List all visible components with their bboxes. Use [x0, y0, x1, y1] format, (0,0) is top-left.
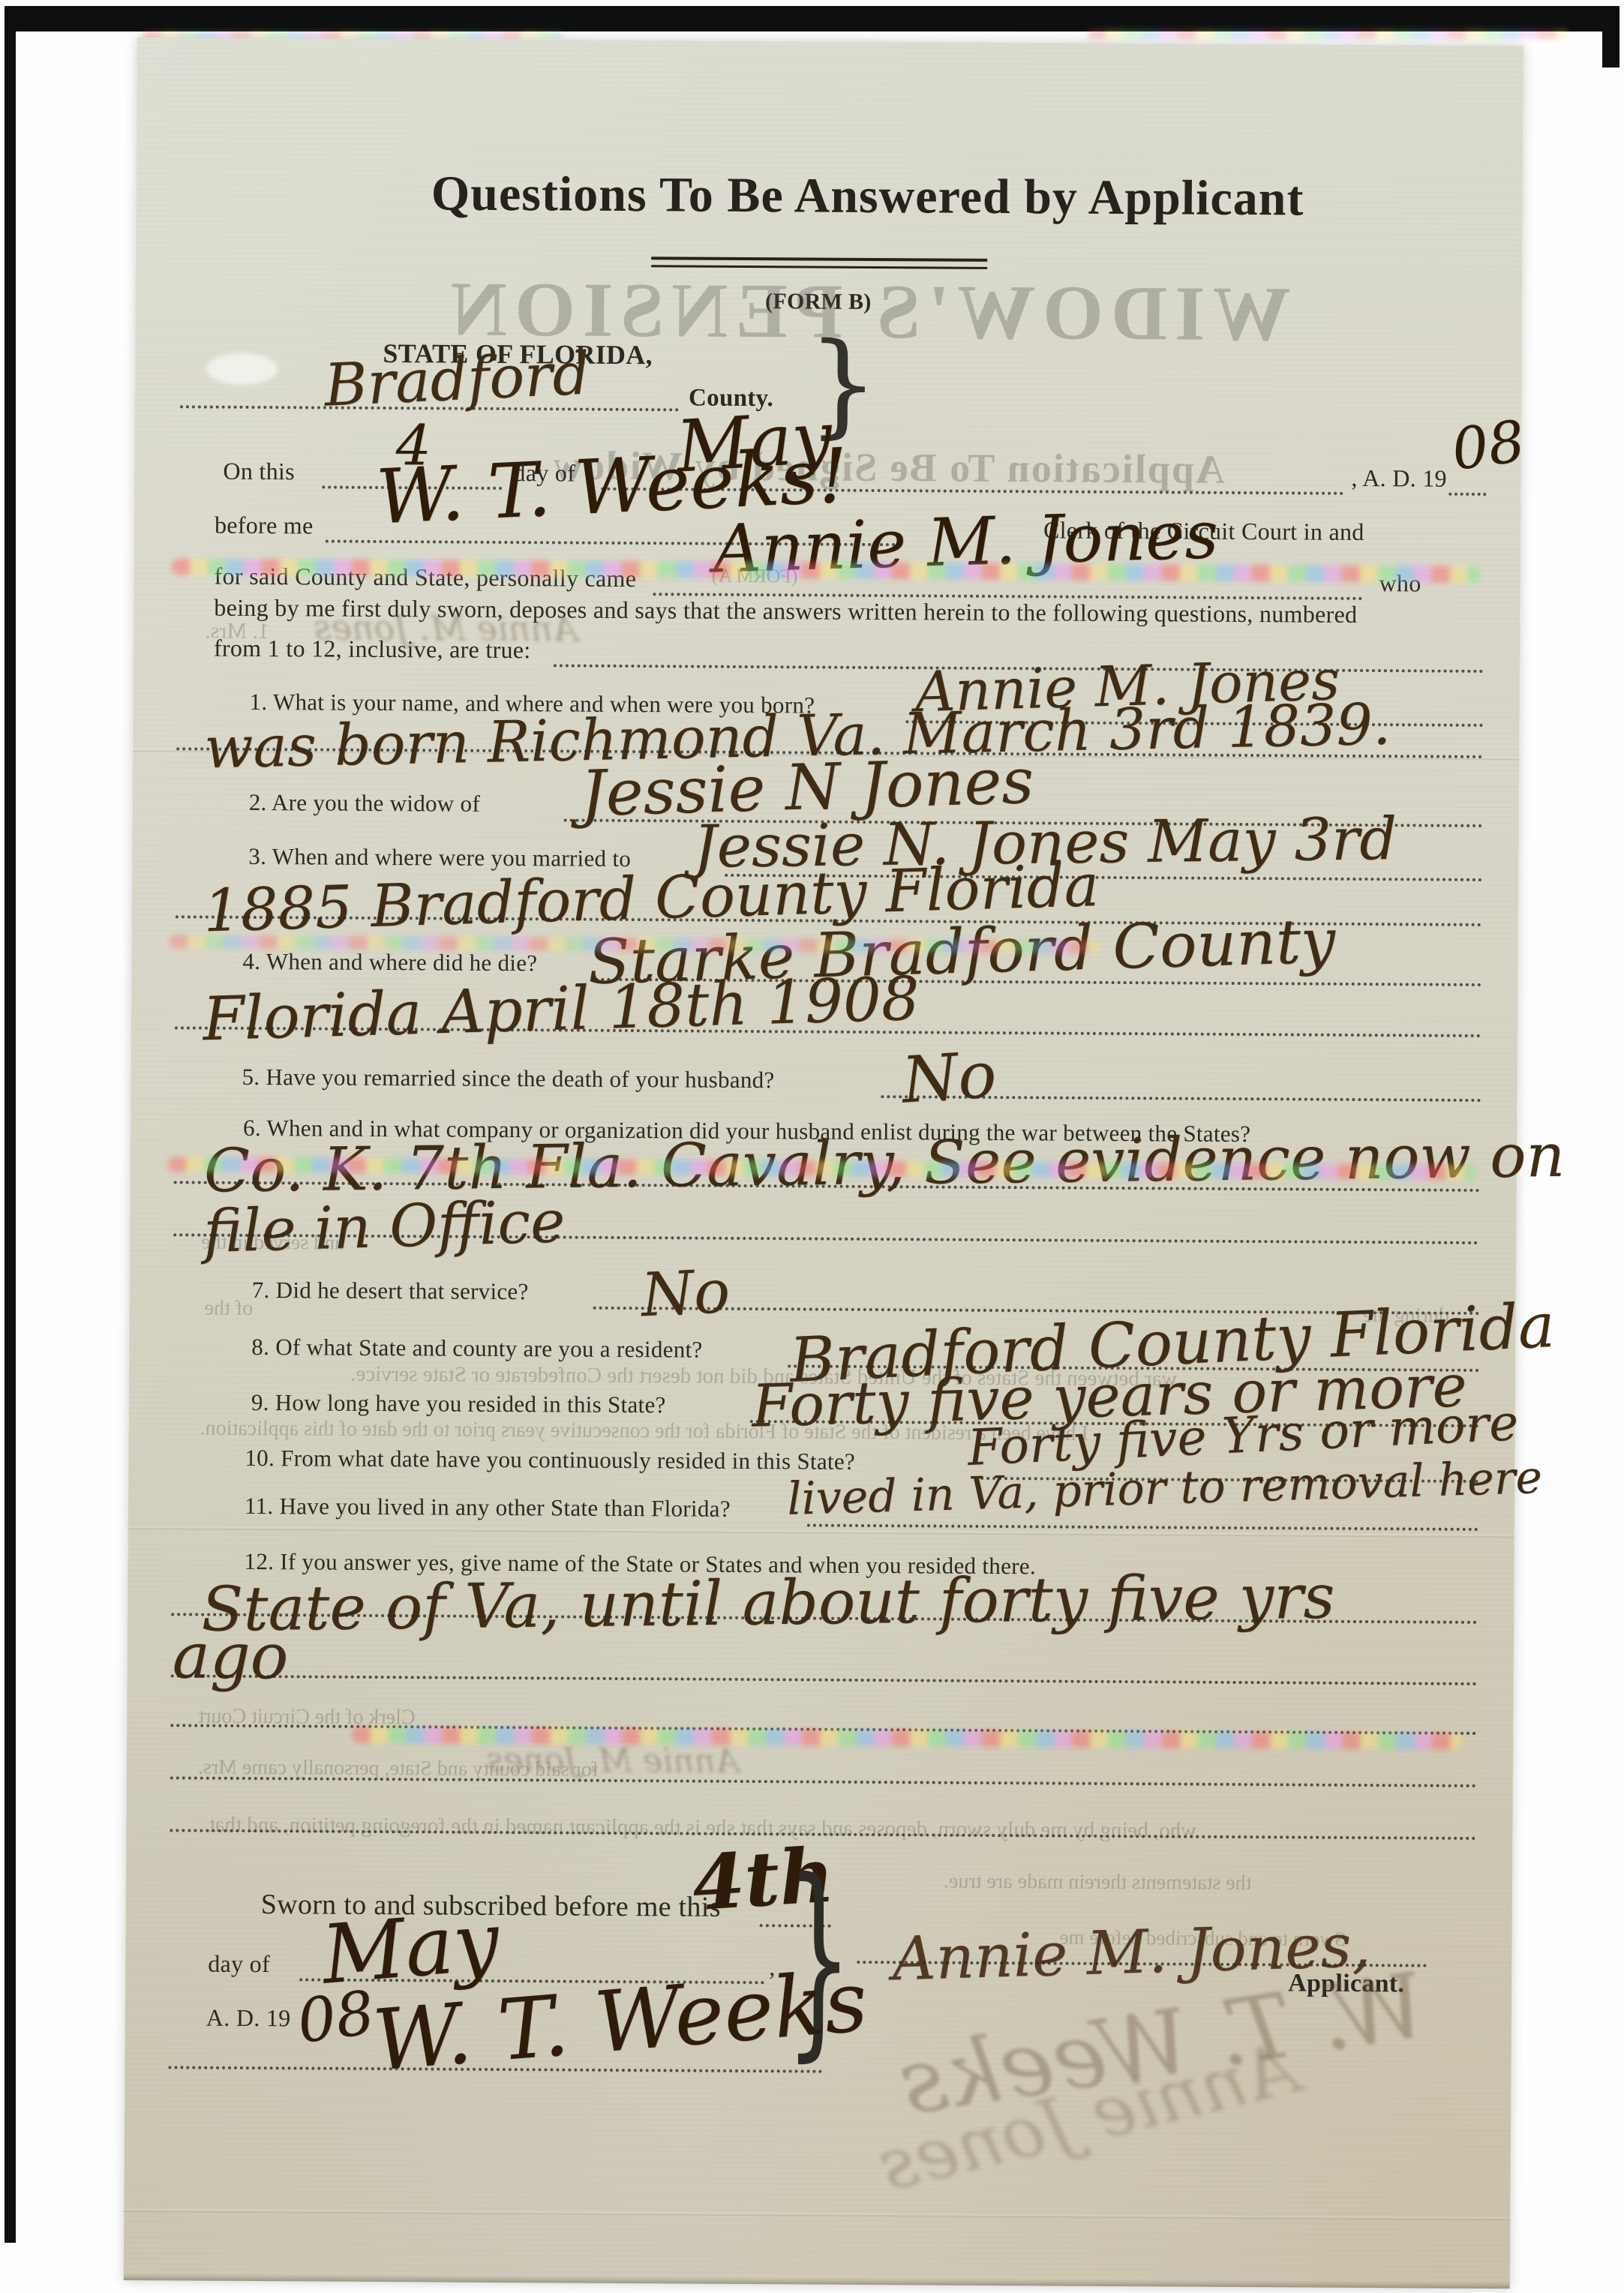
answer-12-line2: ago	[173, 1624, 289, 1688]
question-7-label: 7. Did he desert that service?	[252, 1277, 529, 1304]
bleed-resident-line: I have been a resident of the State of F…	[200, 1418, 1088, 1445]
dotted-line	[170, 1776, 1477, 1787]
ad-19-label: , A. D. 19	[1351, 465, 1447, 492]
scanner-background: Questions To Be Answered by Applicant (F…	[0, 0, 1624, 2293]
dotted-line	[1448, 493, 1486, 496]
on-this-label: On this	[223, 458, 295, 485]
bleed-served-line: and served in the	[201, 1232, 344, 1254]
bleed-mrs-prefix: 1. Mrs.	[205, 620, 269, 644]
fold-crease-bottom	[124, 2209, 1510, 2220]
scan-frame-right	[1602, 6, 1619, 68]
day-of-footer-label: day of	[208, 1951, 270, 1978]
before-me-label: before me	[215, 512, 314, 539]
answer-5-inline: No	[900, 1043, 998, 1113]
page-title: Questions To Be Answered by Applicant	[249, 164, 1487, 229]
question-4-label: 4. When and where did he die?	[242, 949, 537, 976]
bleed-form-a: (FORM A)	[712, 566, 798, 587]
question-10-label: 10. From what date have you continuously…	[245, 1445, 855, 1475]
bleed-of-the: of the	[205, 1298, 254, 1319]
bleed-statements-line: the statements therein made are true.	[944, 1871, 1252, 1895]
year-handwritten: 08	[1448, 413, 1528, 479]
answer-7-inline: No	[640, 1262, 731, 1325]
scan-frame-left	[5, 6, 16, 2243]
ad-19-footer-label: A. D. 19	[206, 2005, 291, 2032]
question-8-label: 8. Of what State and county are you a re…	[251, 1334, 702, 1363]
dotted-line	[171, 1674, 1478, 1685]
answer-11-inline: lived in Va, prior to removal here	[787, 1455, 1543, 1522]
answer-12-line1: State of Va, until about forty five yrs	[201, 1567, 1335, 1641]
scan-frame-top	[5, 6, 1619, 32]
question-11-label: 11. Have you lived in any other State th…	[245, 1493, 731, 1522]
question-9-label: 9. How long have you resided in this Sta…	[251, 1390, 666, 1418]
paper-scratch	[206, 353, 278, 386]
paper-bottom-shadow	[124, 2273, 1510, 2288]
county-handwritten: Bradford	[323, 344, 591, 415]
question-11-dotted-line	[807, 1523, 1478, 1530]
question-2-label: 2. Are you the widow of	[249, 790, 480, 817]
question-5-label: 5. Have you remarried since the death of…	[242, 1064, 774, 1093]
footer-year-handwritten: 08	[294, 1982, 378, 2052]
bleed-mrs-name: Annie M. Jones	[314, 610, 578, 646]
answer-4-line2: Florida April 18th 1908	[202, 969, 920, 1049]
pension-form-document: Questions To Be Answered by Applicant (F…	[124, 38, 1523, 2288]
scan-glint-top-right	[1088, 30, 1568, 39]
